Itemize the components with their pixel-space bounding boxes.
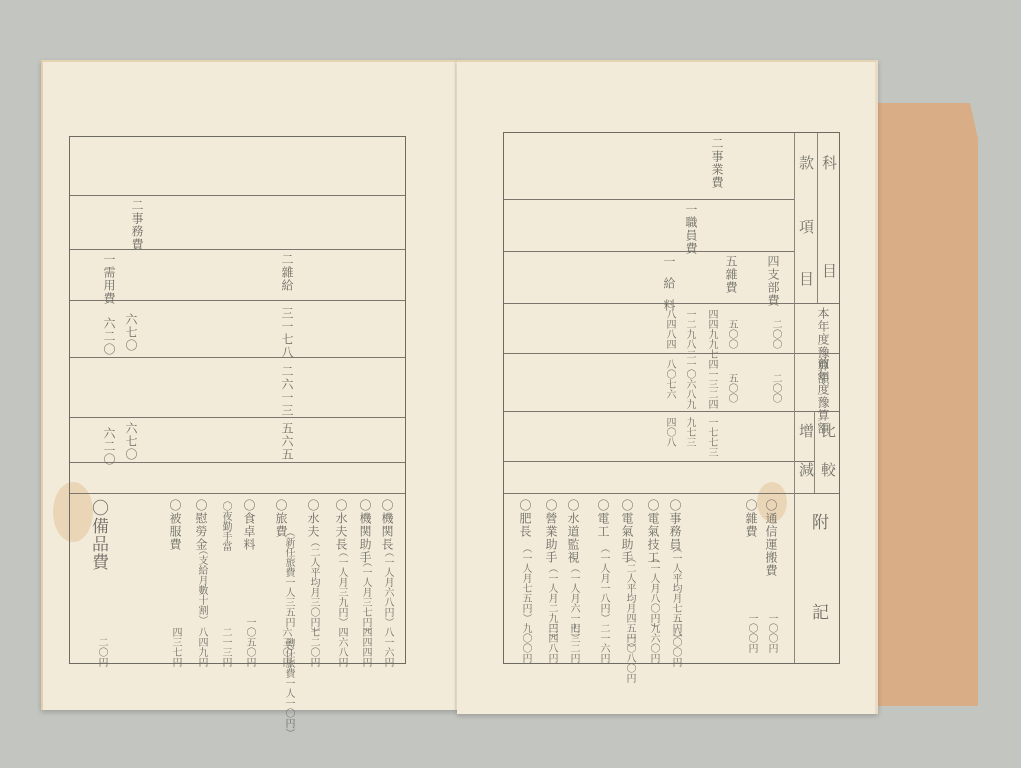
amount-diff-kou: 九七三 [684, 417, 695, 447]
note-amount: 一〇五〇円 [244, 617, 255, 667]
amount-sub: 六七〇 [124, 313, 137, 352]
note-item: 〇水道監視 [566, 499, 579, 564]
note-item: 〇雜費 [744, 499, 757, 538]
kou-label: 二事務費 [130, 199, 143, 251]
amount-previous: 二六一三 [280, 365, 293, 417]
left-table: 二事務費 一需用費 二雜給 三一七八 六二〇 六七〇 二六一三 五六五 六二〇 … [69, 136, 406, 664]
header-current-budget: 本年度豫算額 [816, 307, 829, 355]
right-table: 款 科 項 目 目 本年度豫算額 前年度豫算額 增減 比較 附 記 二事業費 一… [503, 132, 840, 664]
note-amount: 一〇八〇円 [624, 633, 635, 683]
amount-diff-kan: 一七七三 [706, 417, 717, 457]
moku-label: 四支部費 [766, 255, 779, 307]
amount-previous: 五〇〇 [726, 373, 737, 403]
note-amount: 二一六円 [598, 623, 609, 663]
amount-current: 二〇〇 [770, 319, 781, 349]
note-item: 〇水夫 [306, 499, 319, 538]
left-page: 二事務費 一需用費 二雜給 三一七八 六二〇 六七〇 二六一三 五六五 六二〇 … [41, 60, 459, 710]
note-amount: 一〇〇円 [746, 613, 757, 653]
amount-diff: 六二〇 [102, 427, 115, 466]
note-item: 〇被服費 [168, 499, 181, 551]
amount-diff-sub: 六七〇 [124, 422, 137, 461]
amount-previous-kou: 一〇六八九 [684, 359, 695, 409]
note-amount: 二〇円 [96, 637, 107, 667]
note-item: 〇食卓料 [242, 499, 255, 551]
amount-current: 六二〇 [102, 317, 115, 356]
note-detail: （一人月三九円） [336, 547, 347, 627]
note-amount: 九六〇円 [648, 623, 659, 663]
note-item: 〇備品費 [90, 499, 106, 571]
note-detail: （一人月三七円） [360, 557, 371, 637]
note-item: 〇營業助手 [544, 499, 557, 564]
amount-diff: 五六五 [280, 422, 293, 461]
note-item: 〇夜勤手當 [220, 501, 231, 551]
amount-previous-kan: 四一三二四 [706, 359, 717, 409]
note-item: 〇肥長 [518, 499, 531, 538]
note-amount: 一〇〇円 [766, 613, 777, 653]
header-moku2: 目 [821, 263, 837, 279]
header-moku: 目 [798, 271, 814, 287]
note-amount: 七二〇円 [308, 627, 319, 667]
note-amount: 四四四円 [360, 627, 371, 667]
kou-label: 一職員費 [684, 203, 697, 255]
note-detail: （支給月數十割） [196, 545, 207, 625]
moku-label: 二雜給 [280, 253, 293, 292]
note-detail: （一人月八〇円） [648, 553, 659, 633]
header-compare: 比較 [820, 423, 836, 493]
note-item: 〇電工 [596, 499, 609, 538]
note-amount: 二一三円 [220, 627, 231, 667]
amount-current-kan: 四四九九七 [706, 309, 717, 359]
note-amount: 六三〇円 [280, 627, 291, 667]
note-item: 〇水夫長 [334, 499, 347, 551]
note-amount: 三四八円 [546, 623, 557, 663]
header-diff: 增減 [798, 423, 814, 493]
header-notes-2: 記 [810, 603, 826, 621]
note-item: 〇機関助手 [358, 499, 371, 564]
note-detail: （新任旅費一人三五円 轉任旅費一人一〇円） [270, 527, 294, 617]
note-item: 〇機関長 [380, 499, 393, 551]
note-item: 〇慰勞金 [194, 499, 207, 551]
note-amount: 八一六円 [382, 627, 393, 667]
note-detail: （一人月七五円） [520, 543, 531, 623]
amount-previous: 二〇〇 [770, 373, 781, 403]
amount-current: 八四八四 [664, 309, 675, 349]
note-amount: 八四九円 [196, 627, 207, 667]
note-amount: 七三二円 [568, 623, 579, 663]
note-amount: 九〇〇円 [520, 623, 531, 663]
note-amount: 一八〇〇円 [670, 617, 681, 667]
cardboard-tab [878, 103, 978, 706]
amount-previous: 八〇七六 [664, 359, 675, 399]
amount-current-kou: 一二九八二 [684, 309, 695, 359]
amount-current: 五〇〇 [726, 319, 737, 349]
note-detail: （一人月六八円） [382, 547, 393, 627]
header-notes-1: 附 [810, 513, 826, 531]
header-kou: 項 [798, 219, 814, 235]
header-kan: 款 [798, 155, 814, 171]
note-amount: 四三七円 [170, 627, 181, 667]
note-item: 〇通信運搬費 [764, 499, 777, 577]
moku-label: 五雜費 [724, 255, 737, 294]
header-previous-budget: 前年度豫算額 [816, 357, 829, 413]
note-amount: 四六八円 [336, 627, 347, 667]
amount-diff: 四〇八 [664, 417, 675, 447]
kan-label: 二事業費 [710, 137, 723, 189]
right-page: 款 科 項 目 目 本年度豫算額 前年度豫算額 增減 比較 附 記 二事業費 一… [457, 60, 878, 714]
header-kamoku: 科 [821, 155, 837, 171]
moku-label: 一需用費 [102, 253, 115, 305]
note-detail: （一人月一八円） [598, 543, 609, 623]
amount-current: 三一七八 [280, 307, 293, 359]
note-detail: （二人平均月三〇円） [308, 537, 319, 637]
